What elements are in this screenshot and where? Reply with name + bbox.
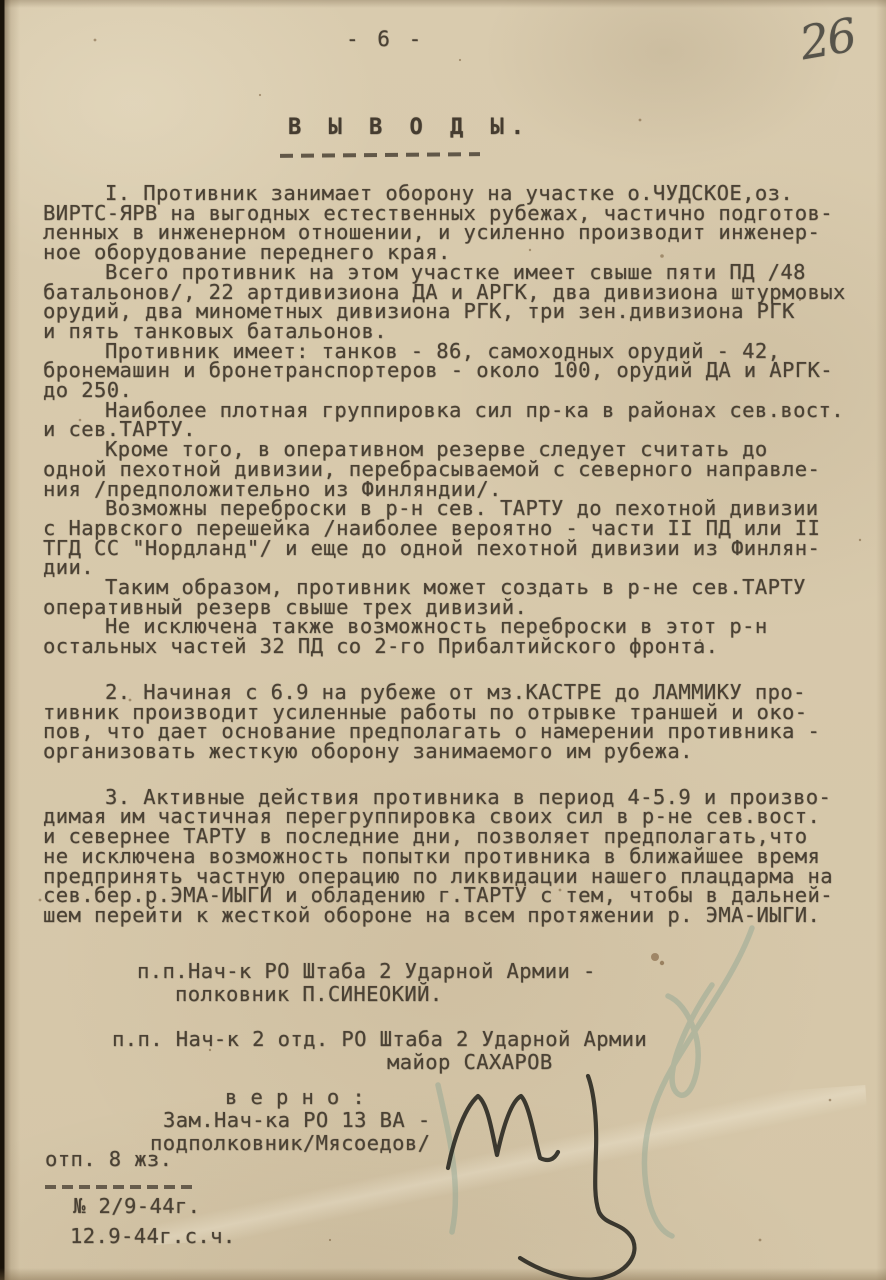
handwritten-signature [448, 1076, 634, 1280]
paper-stain [651, 953, 664, 965]
scanned-document-page: - 6 - 26 В Ы В О Д Ы. I. Противник заним… [0, 0, 886, 1280]
handwriting-overlay [0, 0, 886, 1280]
paper-specks [39, 39, 862, 1242]
